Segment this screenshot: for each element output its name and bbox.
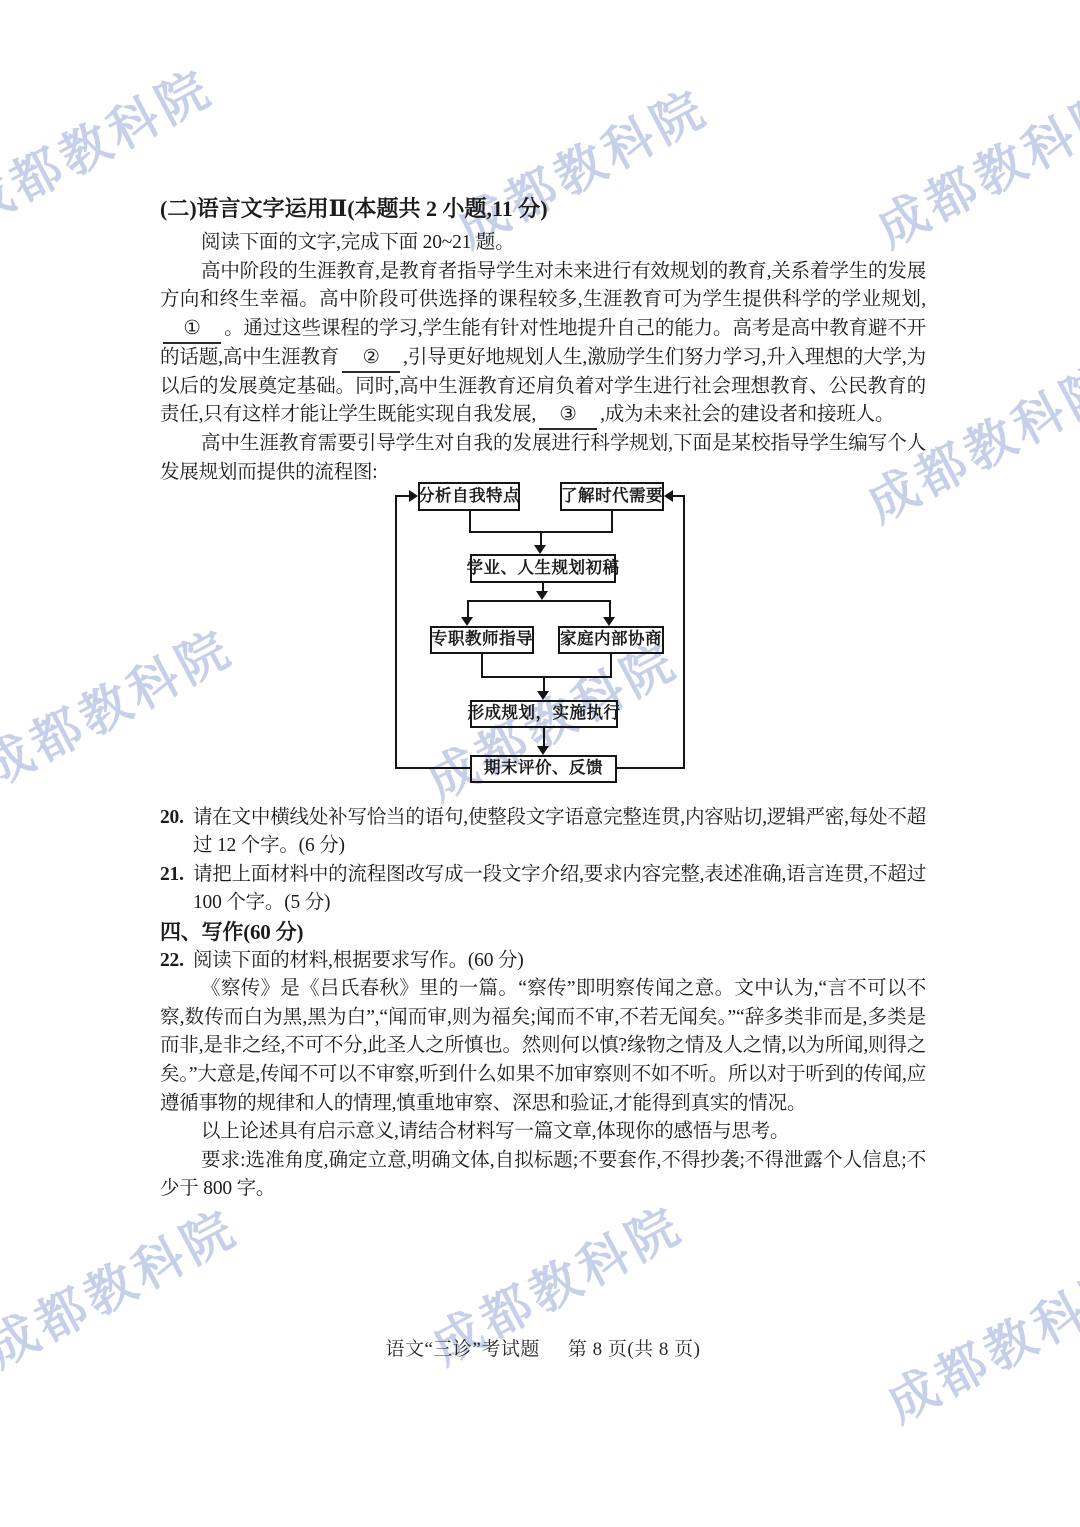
flowchart-box-understand-era: 了解时代需要: [560, 482, 664, 511]
flow-arrowhead: [461, 617, 473, 626]
blank-underline: ②: [342, 347, 400, 373]
flow-line: [395, 495, 397, 769]
flow-arrowhead: [664, 490, 673, 502]
question-20: 20. 请在文中横线处补写恰当的语句,使整段文字语意完整连贯,内容贴切,逻辑严密…: [160, 804, 926, 861]
blank-underline: ③: [539, 404, 597, 430]
passage-paragraph: 高中阶段的生涯教育,是教育者指导学生对未来进行有效规划的教育,关系着学生的发展方…: [160, 258, 926, 431]
flow-line: [540, 533, 542, 545]
flow-line: [395, 767, 470, 769]
flow-line: [683, 495, 685, 769]
question-text: 请在文中横线处补写恰当的语句,使整段文字语意完整连贯,内容贴切,逻辑严密,每处不…: [193, 807, 926, 857]
flow-arrowhead: [409, 490, 418, 502]
flow-line: [481, 676, 612, 678]
flow-arrowhead: [603, 617, 615, 626]
flow-arrowhead: [537, 746, 549, 755]
insight-paragraph: 以上论述具有启示意义,请结合材料写一篇文章,体现你的感悟与思考。: [160, 1118, 926, 1147]
question-number: 22.: [160, 947, 184, 976]
flowchart-box-teacher-guidance: 专职教师指导: [430, 626, 534, 654]
intro-paragraph: 阅读下面的文字,完成下面 20~21 题。: [160, 229, 926, 258]
flowchart-box-draft-plan: 学业、人生规划初稿: [470, 554, 616, 583]
flow-line: [543, 678, 545, 692]
page-footer: 语文“三诊”考试题第 8 页(共 8 页): [160, 1334, 926, 1361]
footer-page-number: 第 8 页(共 8 页): [568, 1339, 701, 1360]
flow-line: [673, 495, 685, 497]
flow-arrowhead: [534, 545, 546, 554]
flow-line: [467, 600, 611, 602]
flow-line: [609, 602, 611, 618]
flow-line: [469, 511, 471, 533]
flowchart-box-analyze-self: 分析自我特点: [418, 482, 520, 511]
question-21: 21. 请把上面材料中的流程图改写成一段文字介绍,要求内容完整,表述准确,语言连…: [160, 861, 926, 918]
flow-line: [396, 495, 409, 497]
blank-underline: ①: [163, 318, 221, 344]
flowchart-box-form-execute: 形成规划，实施执行: [470, 700, 618, 728]
flowchart: 分析自我特点 了解时代需要 学业、人生规划初稿 专职教师指导 家庭内部协商: [160, 488, 926, 804]
question-number: 20.: [160, 804, 184, 833]
flow-line: [543, 728, 545, 747]
flow-arrowhead: [537, 691, 549, 700]
footer-title: 语文“三诊”考试题: [385, 1339, 539, 1360]
flow-line: [610, 654, 612, 678]
flow-line: [611, 511, 613, 533]
question-number: 21.: [160, 861, 184, 890]
question-text: 请把上面材料中的流程图改写成一段文字介绍,要求内容完整,表述准确,语言连贯,不超…: [193, 864, 926, 914]
flow-arrowhead: [536, 591, 548, 600]
section-heading: (二)语言文字运用Ⅱ(本题共 2 小题,11 分): [160, 194, 926, 224]
question-22: 22. 阅读下面的材料,根据要求写作。(60 分): [160, 947, 926, 976]
material-paragraph: 《察传》是《吕氏春秋》里的一篇。“察传”即明察传闻之意。文中认为,“言不可以不察…: [160, 975, 926, 1118]
requirements-paragraph: 要求:选准角度,确定立意,明确文体,自拟标题;不要套作,不得抄袭;不得泄露个人信…: [160, 1147, 926, 1204]
flow-line: [617, 767, 685, 769]
flow-line: [481, 654, 483, 678]
question-text: 阅读下面的材料,根据要求写作。(60 分): [193, 950, 524, 971]
page-container: 成都教科院 成都教科院 成都教科院 成都教科院 成都教科院 成都教科院 成都教科…: [0, 0, 1080, 1527]
writing-section-heading: 四、写作(60 分): [160, 918, 926, 947]
flowchart-box-evaluation-feedback: 期末评价、反馈: [470, 755, 617, 783]
flow-line: [467, 602, 469, 618]
flowchart-box-family-consult: 家庭内部协商: [558, 626, 664, 654]
